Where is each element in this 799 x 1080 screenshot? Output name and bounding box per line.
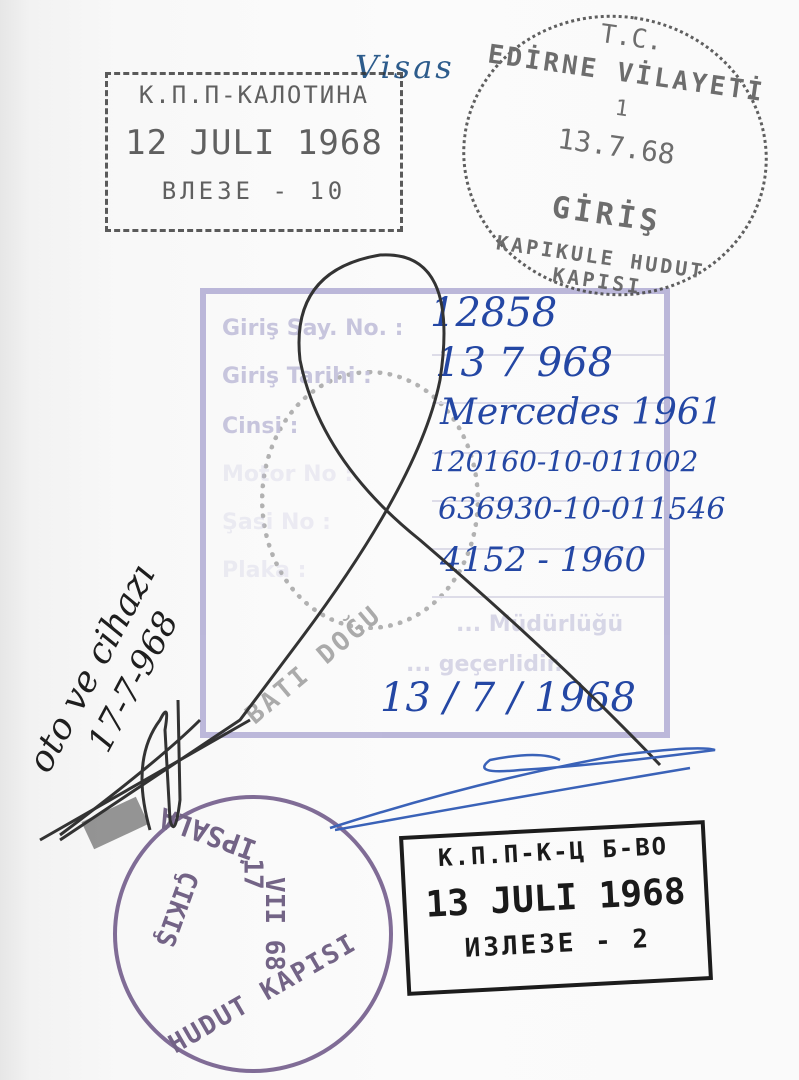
cancel-loop-stroke	[60, 255, 660, 840]
signature-strokes	[0, 0, 799, 1080]
